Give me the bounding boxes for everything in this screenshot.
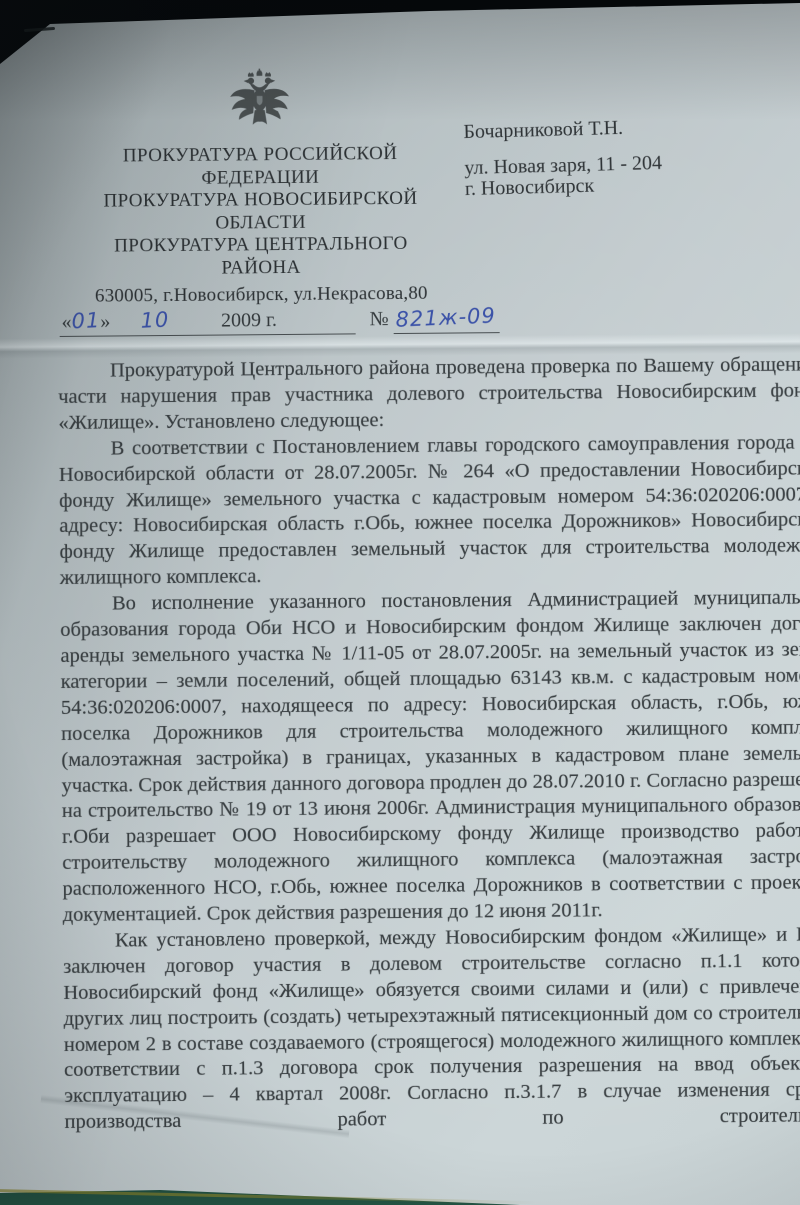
org-name-line: РАЙОНА <box>55 255 467 281</box>
org-address: 630005, г.Новосибирск, ул.Некрасова,80 <box>55 282 467 308</box>
photographed-letter: ПРОКУРАТУРА РОССИЙСКОЙ ФЕДЕРАЦИИ ПРОКУРА… <box>0 0 800 1205</box>
open-quote: « <box>61 311 71 333</box>
printed-year: 2009 г. <box>221 309 277 331</box>
close-quote: » <box>100 311 110 333</box>
reference-line: «01»102009 г.№ 821ж-09 <box>59 305 500 337</box>
handwritten-number: 821ж-09 <box>395 303 496 331</box>
org-name-line: ПРОКУРАТУРА НОВОСИБИРСКОЙ <box>54 188 466 214</box>
letter-body: Прокуратурой Центрального района проведе… <box>58 352 800 1136</box>
paragraph: В соответствии с Постановлением главы го… <box>59 430 800 592</box>
handwritten-day: 01 <box>71 308 101 333</box>
recipient-block: Бочарниковой Т.Н. ул. Новая заря, 11 - 2… <box>463 114 765 200</box>
recipient-name: Бочарниковой Т.Н. <box>463 114 763 143</box>
date-ruled-line: «01»102009 г. <box>59 306 355 337</box>
paragraph: Во исполнение указанного постановления А… <box>60 585 800 929</box>
number-ruled-line: 821ж-09 <box>394 305 501 334</box>
org-name-line: ПРОКУРАТУРА ЦЕНТРАЛЬНОГО <box>55 233 467 259</box>
coat-of-arms-eagle-icon <box>223 67 296 134</box>
letter-content: ПРОКУРАТУРА РОССИЙСКОЙ ФЕДЕРАЦИИ ПРОКУРА… <box>0 0 800 1205</box>
number-sign: № <box>369 308 388 330</box>
letterhead: ПРОКУРАТУРА РОССИЙСКОЙ ФЕДЕРАЦИИ ПРОКУРА… <box>53 65 467 307</box>
handwritten-month: 10 <box>140 308 170 333</box>
paragraph: Прокуратурой Центрального района проведе… <box>58 352 800 437</box>
paragraph: Как установлено проверкой, между Новосиб… <box>63 922 800 1136</box>
